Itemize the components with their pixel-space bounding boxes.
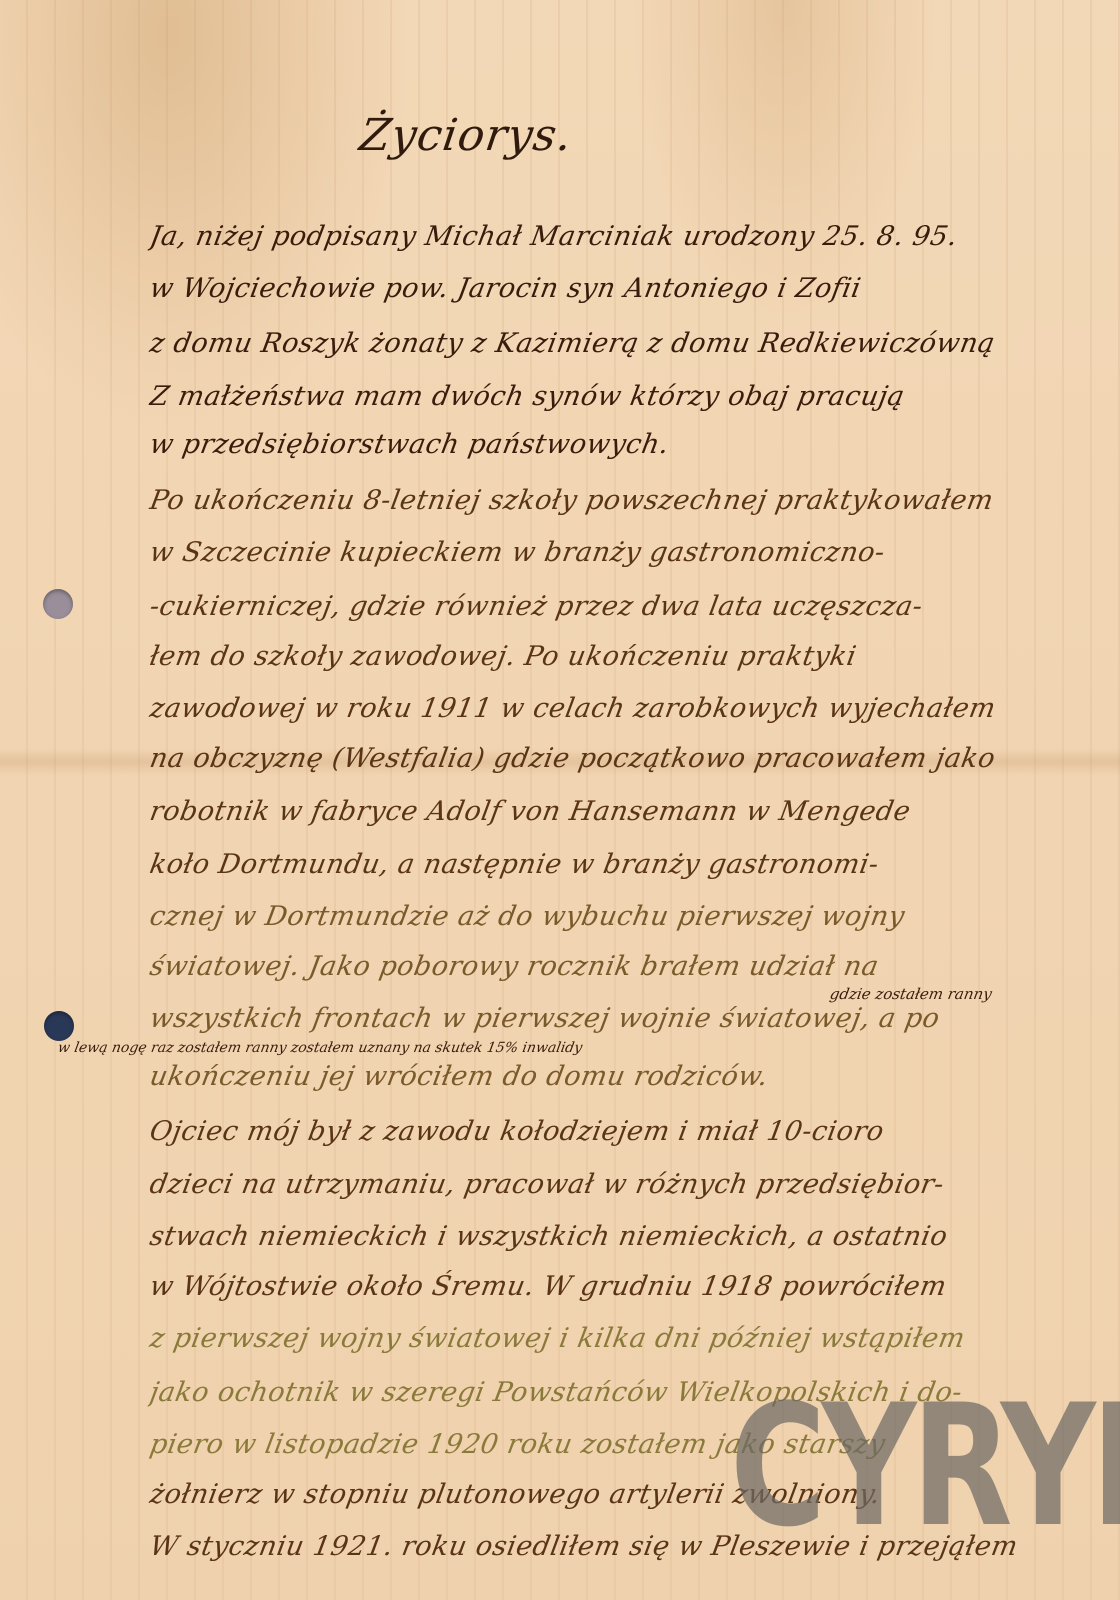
text-line-12: robotnik w fabryce Adolf von Hansemann w…: [147, 795, 1093, 829]
text-line-5: w przedsiębiorstwach państwowych.: [147, 428, 1093, 462]
text-line-19: dzieci na utrzymaniu, pracował w różnych…: [147, 1168, 1093, 1202]
text-line-21: w Wójtostwie około Śremu. W grudniu 1918…: [147, 1270, 1093, 1304]
text-line-17: ukończeniu jej wróciłem do domu rodziców…: [147, 1060, 1093, 1094]
text-line-2: w Wojciechowie pow. Jarocin syn Antonieg…: [147, 272, 1093, 306]
margin-insert-annotation: w lewą nogę raz zostałem ranny zostałem …: [57, 1040, 584, 1056]
text-line-14: cznej w Dortmundzie aż do wybuchu pierws…: [147, 900, 1093, 934]
text-line-15: światowej. Jako poborowy rocznik brałem …: [147, 950, 1093, 984]
text-line-1: Ja, niżej podpisany Michał Marciniak uro…: [147, 220, 1093, 254]
text-line-4: Z małżeństwa mam dwóch synów którzy obaj…: [147, 380, 1093, 414]
text-line-18: Ojciec mój był z zawodu kołodziejem i mi…: [147, 1115, 1093, 1149]
text-line-6: Po ukończeniu 8-letniej szkoły powszechn…: [147, 484, 1093, 518]
text-line-20: stwach niemieckich i wszystkich niemieck…: [147, 1220, 1093, 1254]
text-line-22: z pierwszej wojny światowej i kilka dni …: [147, 1322, 1093, 1356]
text-line-8: -cukierniczej, gdzie również przez dwa l…: [147, 590, 1093, 624]
text-line-11: na obczyznę (Westfalia) gdzie początkowo…: [147, 742, 1093, 776]
text-line-10: zawodowej w roku 1911 w celach zarobkowy…: [147, 692, 1093, 726]
binder-hole-bottom: [44, 1011, 74, 1041]
inserted-annotation-above: gdzie zostałem ranny: [828, 985, 993, 1003]
text-line-16: wszystkich frontach w pierwszej wojnie ś…: [147, 1002, 1093, 1036]
text-line-13: koło Dortmundu, a następnie w branży gas…: [147, 848, 1093, 882]
cyryl-watermark: CYRYL: [730, 1382, 1120, 1550]
binder-hole-top: [43, 589, 73, 619]
document-title: Życiorys.: [356, 110, 575, 161]
text-line-7: w Szczecinie kupieckiem w branży gastron…: [147, 536, 1093, 570]
text-line-9: łem do szkoły zawodowej. Po ukończeniu p…: [147, 640, 1093, 674]
text-line-3: z domu Roszyk żonaty z Kazimierą z domu …: [147, 327, 1093, 361]
